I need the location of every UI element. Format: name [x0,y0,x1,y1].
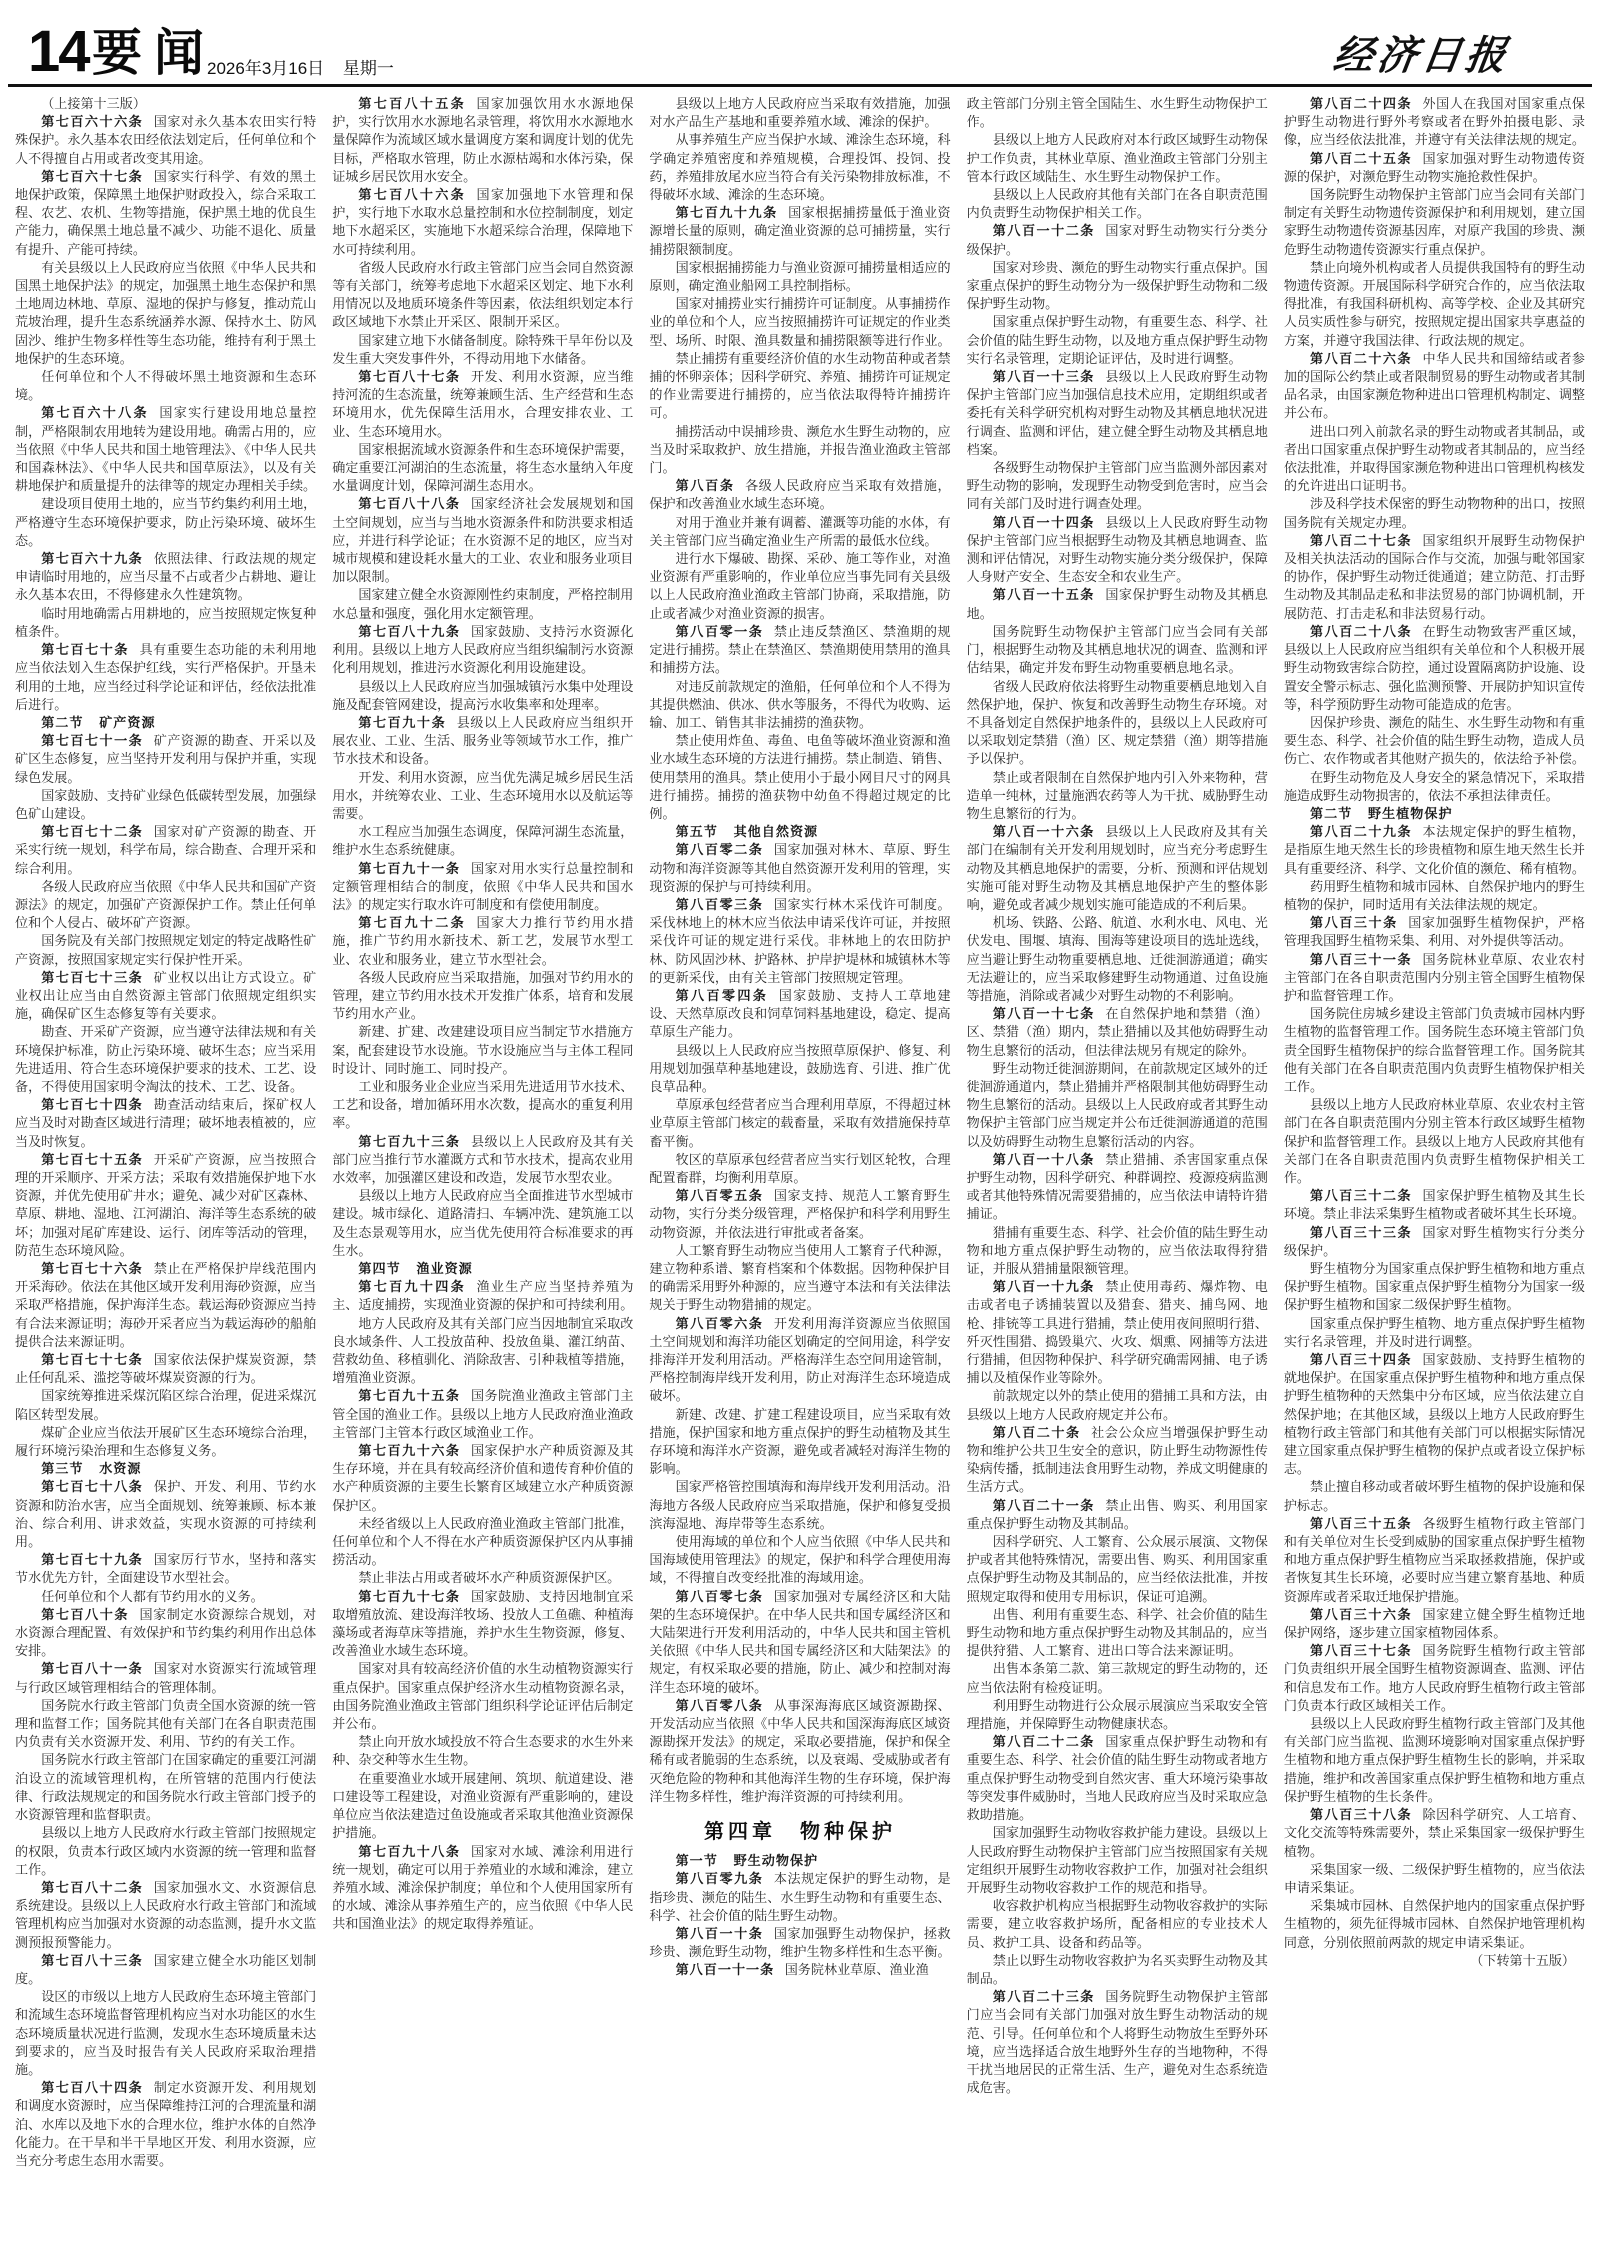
article-number: 第八百零七条 [676,1590,764,1605]
article-text: 国家加强对专属经济区和大陆架的生态环境保护。在中华人民共和国专属经济区和大陆架进… [649,1590,950,1696]
article-number: 第八百三十四条 [1310,1353,1412,1368]
article-paragraph: 第七百八十条国家制定水资源综合规划，对水资源合理配置、有效保护和节约集约利用作出… [15,1607,316,1662]
article-paragraph: 第七百七十八条保护、开发、利用、节约水资源和防治水害，应当全面规划、统筹兼顾、标… [15,1479,316,1552]
article-number: 第七百七十一条 [41,734,143,749]
column-5: 第八百二十四条外国人在我国对国家重点保护野生动物进行野外考察或者在野外拍摄电影、… [1279,96,1590,2256]
article-number: 第八百零六条 [676,1317,764,1332]
section-number: 第三节 [41,1462,83,1477]
body-paragraph: 牧区的草原承包经营者应当实行划区轮牧，合理配置畜群，均衡利用草原。 [649,1152,950,1188]
article-paragraph: 第七百九十九条国家根据捕捞量低于渔业资源增长量的原则，确定渔业资源的总可捕捞量，… [649,205,950,260]
body-paragraph: 国家重点保护野生植物、地方重点保护野生植物实行名录管理，并及时进行调整。 [1284,1316,1585,1352]
body-paragraph: 对用于渔业并兼有调蓄、灌溉等功能的水体，有关主管部门应当确定渔业生产所需的最低水… [649,515,950,551]
page-number: 14 [28,22,89,82]
article-paragraph: 第七百八十六条国家加强地下水管理和保护，实行地下水取水总量控制和水位控制制度，划… [332,187,633,260]
body-paragraph: 利用野生动物进行公众展示展演应当采取安全管理措施，并保障野生动物健康状态。 [967,1698,1268,1734]
body-paragraph: 在重要渔业水域开展建闸、筑坝、航道建设、港口建设等工程建设，对渔业资源有严重影响… [332,1771,633,1844]
article-number: 第七百六十七条 [41,170,143,185]
body-paragraph: 野生动物迁徙洄游期间，在前款规定区域外的迁徙洄游通道内，禁止猎捕并严格限制其他妨… [967,1061,1268,1152]
column-3: 县级以上地方人民政府应当采取有效措施，加强对水产品生产基地和重要养殖水域、滩涂的… [644,96,955,2256]
body-paragraph: 禁止向开放水域投放不符合生态要求的水生外来种、杂交种等水生生物。 [332,1734,633,1770]
article-number: 第七百九十六条 [358,1444,460,1459]
body-paragraph: 国家对具有较高经济价值的水生动植物资源实行重点保护。国家重点保护经济水生动植物资… [332,1661,633,1734]
article-number: 第八百三十八条 [1310,1808,1412,1823]
article-number: 第七百八十三条 [41,1954,143,1969]
body-paragraph: 禁止以野生动物收容救护为名买卖野生动物及其制品。 [967,1953,1268,1989]
body-paragraph: 在野生动物危及人身安全的紧急情况下，采取措施造成野生动物损害的，依法不承担法律责… [1284,770,1585,806]
article-number: 第八百三十二条 [1310,1189,1412,1204]
article-paragraph: 第七百八十三条国家建立健全水功能区划制度。 [15,1953,316,1989]
article-paragraph: 第八百零七条国家加强对专属经济区和大陆架的生态环境保护。在中华人民共和国专属经济… [649,1589,950,1698]
article-paragraph: 第八百二十五条国家加强对野生动物遗传资源的保护，对濒危野生动物实施抢救性保护。 [1284,151,1585,187]
body-paragraph: 县级以上人民政府应当按照草原保护、修复、利用规划加强草种基地建设，鼓励选育、引进… [649,1043,950,1098]
article-text: 国务院野生动物保护主管部门应当会同有关部门加强对放生野生动物活动的规范、引导。任… [967,1990,1268,2096]
article-number: 第八百一十三条 [993,370,1095,385]
body-paragraph: 国务院野生动物保护主管部门应当会同有关部门制定有关野生动物遗传资源保护和利用规划… [1284,187,1585,260]
article-number: 第八百一十九条 [993,1280,1095,1295]
body-paragraph: 采集国家一级、二级保护野生植物的，应当依法申请采集证。 [1284,1862,1585,1898]
article-number: 第七百七十五条 [41,1153,143,1168]
article-number: 第八百二十九条 [1310,825,1412,840]
body-paragraph: 省级人民政府依法将野生动物重要栖息地划入自然保护地，保护、恢复和改善野生动物生存… [967,679,1268,770]
article-paragraph: 第八百三十五条各级野生植物行政主管部门和有关单位对生长受到威胁的国家重点保护野生… [1284,1516,1585,1607]
dateline: 2026年3月16日 星期一 [207,54,408,79]
continued-on-note: （下转第十五版） [1284,1953,1585,1971]
body-paragraph: 禁止捕捞有重要经济价值的水生动物苗种或者禁捕的怀卵亲体；因科学研究、养殖、捕捞许… [649,351,950,424]
article-number: 第七百八十五条 [358,97,466,112]
newspaper-logo: 经济日报 [1330,24,1514,81]
article-paragraph: 第七百七十三条矿业权以出让方式设立。矿业权出让应当由自然资源主管部门依照规定组织… [15,970,316,1025]
body-paragraph: 工业和服务业企业应当采用先进适用节水技术、工艺和设备，增加循环用水次数，提高水的… [332,1079,633,1134]
article-paragraph: 第八百零二条国家加强对林木、草原、野生动物和海洋资源等其他自然资源开发利用的管理… [649,842,950,897]
body-paragraph: 因科学研究、人工繁育、公众展示展演、文物保护或者其他特殊情况，需要出售、购买、利… [967,1534,1268,1607]
article-paragraph: 第七百七十七条国家依法保护煤炭资源，禁止任何乱采、滥挖等破坏煤炭资源的行为。 [15,1352,316,1388]
article-number: 第八百二十七条 [1310,534,1412,549]
article-number: 第七百九十八条 [358,1845,460,1860]
section-title: 野生植物保护 [1368,807,1453,822]
article-number: 第八百零四条 [676,989,769,1004]
article-text: 从事深海海底区域资源勘探、开发活动应当依照《中华人民共和国深海海底区域资源勘探开… [649,1699,950,1805]
body-paragraph: 国家鼓励、支持矿业绿色低碳转型发展，加强绿色矿山建设。 [15,788,316,824]
body-paragraph: 国务院水行政主管部门负责全国水资源的统一管理和监督工作；国务院其他有关部门在各自… [15,1698,316,1753]
article-paragraph: 第八百二十七条国家组织开展野生动物保护及相关执法活动的国际合作与交流，加强与毗邻… [1284,533,1585,624]
column-1: （上接第十三版）第七百六十六条国家对永久基本农田实行特殊保护。永久基本农田经依法… [10,96,321,2256]
article-number: 第八百二十六条 [1310,352,1412,367]
article-paragraph: 第八百二十四条外国人在我国对国家重点保护野生动物进行野外考察或者在野外拍摄电影、… [1284,96,1585,151]
body-paragraph: 禁止使用炸鱼、毒鱼、电鱼等破坏渔业资源和渔业水域生态环境的方法进行捕捞。禁止制造… [649,733,950,824]
body-paragraph: 国家根据流域水资源条件和生态环境保护需要，确定重要江河湖泊的生态流量，将生态水量… [332,442,633,497]
body-paragraph: 进出口列入前款名录的野生动物或者其制品，或者出口国家重点保护野生动物或者其制品的… [1284,424,1585,497]
article-paragraph: 第八百一十四条县级以上人民政府野生动物保护主管部门应当根据野生动物及其栖息地调查… [967,515,1268,588]
body-paragraph: 草原承包经营者应当合理利用草原，不得超过林业草原主管部门核定的载畜量，采取有效措… [649,1097,950,1152]
body-paragraph: 涉及科学技术保密的野生动物物种的出口，按照国务院有关规定办理。 [1284,496,1585,532]
article-paragraph: 第八百一十八条禁止猎捕、杀害国家重点保护野生动物，因科学研究、种群调控、疫源疫病… [967,1152,1268,1225]
article-paragraph: 第八百二十二条国家重点保护野生动物和有重要生态、科学、社会价值的陆生野生动物或者… [967,1734,1268,1825]
body-paragraph: 任何单位和个人都有节约用水的义务。 [15,1589,316,1607]
article-paragraph: 第七百九十二条国家大力推行节约用水措施，推广节约用水新技术、新工艺，发展节水型工… [332,915,633,970]
article-number: 第八百一十二条 [993,224,1095,239]
article-number: 第七百六十八条 [41,406,149,421]
article-paragraph: 第八百零八条从事深海海底区域资源勘探、开发活动应当依照《中华人民共和国深海海底区… [649,1698,950,1807]
article-paragraph: 第八百二十一条禁止出售、购买、利用国家重点保护野生动物及其制品。 [967,1498,1268,1534]
issue-date: 2026年3月16日 [207,59,324,78]
article-text: 国家鼓励、支持野生植物的就地保护。在国家重点保护野生植物种和地方重点保护野生植物… [1284,1353,1585,1477]
article-paragraph: 第七百八十四条制定水资源开发、利用规划和调度水资源时，应当保障维持江河的合理流量… [15,2080,316,2171]
body-paragraph: 国务院及有关部门按照规定划定的特定战略性矿产资源，按照国家规定实行保护性开采。 [15,933,316,969]
body-paragraph: 政主管部门分别主管全国陆生、水生野生动物保护工作。 [967,96,1268,132]
article-paragraph: 第七百六十六条国家对永久基本农田实行特殊保护。永久基本农田经依法划定后，任何单位… [15,114,316,169]
body-paragraph: 新建、改建、扩建工程建设项目，应当采取有效措施，保护国家和地方重点保护的野生动植… [649,1407,950,1480]
article-paragraph: 第七百六十七条国家实行科学、有效的黑土地保护政策，保障黑土地保护财政投入，综合采… [15,169,316,260]
section-title: 渔业资源 [416,1262,472,1277]
article-number: 第八百一十一条 [676,1963,775,1978]
body-paragraph: 未经省级以上人民政府渔业渔政主管部门批准，任何单位和个人不得在水产种质资源保护区… [332,1516,633,1571]
article-paragraph: 第八百一十一条国务院林业草原、渔业渔 [649,1962,950,1980]
body-paragraph: 捕捞活动中误捕珍贵、濒危水生野生动物的，应当及时采取救护、放生措施，并报告渔业渔… [649,424,950,479]
article-number: 第八百三十五条 [1310,1517,1412,1532]
article-number: 第七百七十六条 [41,1262,143,1277]
body-paragraph: 国家对珍贵、濒危的野生动物实行重点保护。国家重点保护的野生动物分为一级保护野生动… [967,260,1268,315]
article-paragraph: 第七百六十八条国家实行建设用地总量控制，严格限制农用地转为建设用地。确需占用的，… [15,405,316,496]
article-number: 第八百零八条 [676,1699,764,1714]
article-number: 第七百九十二条 [358,916,466,931]
section-number: 第一节 [676,1854,718,1869]
body-paragraph: 县级以上人民政府应当加强城镇污水集中处理设施及配套管网建设，提高污水收集率和处理… [332,679,633,715]
section-title: 水资源 [99,1462,141,1477]
article-paragraph: 第八百零一条禁止违反禁渔区、禁渔期的规定进行捕捞。禁止在禁渔区、禁渔期使用禁用的… [649,624,950,679]
article-number: 第七百八十四条 [41,2081,143,2096]
article-paragraph: 第七百九十三条县级以上人民政府及其有关部门应当推行节水灌溉方式和节水技术，提高农… [332,1134,633,1189]
masthead: 14 要闻 2026年3月16日 星期一 经济日报 [0,0,1600,88]
article-number: 第八百二十二条 [993,1735,1095,1750]
article-number: 第七百八十九条 [358,625,460,640]
column-2: 第七百八十五条国家加强饮用水水源地保护，实行饮用水水源地名录管理，将饮用水水源地… [327,96,638,2256]
body-paragraph: 国家严格管控围填海和海岸线开发利用活动。沿海地方各级人民政府应当采取措施，保护和… [649,1479,950,1534]
article-paragraph: 第七百九十八条国家对水域、滩涂利用进行统一规划，确定可以用于养殖业的水域和滩涂，… [332,1844,633,1935]
article-number: 第八百条 [676,479,735,494]
article-paragraph: 第七百九十七条国家鼓励、支持因地制宜采取增殖放流、建设海洋牧场、投放人工鱼礁、种… [332,1589,633,1662]
article-paragraph: 第八百三十三条国家对野生植物实行分类分级保护。 [1284,1225,1585,1261]
body-paragraph: 省级人民政府水行政主管部门应当会同自然资源等有关部门，统筹考虑地下水超采区划定、… [332,260,633,333]
article-columns: （上接第十三版）第七百六十六条国家对永久基本农田实行特殊保护。永久基本农田经依法… [10,96,1590,2256]
article-paragraph: 第七百六十九条依照法律、行政法规的规定申请临时用地的，应当尽量不占或者少占耕地、… [15,551,316,606]
section-heading: 第四节渔业资源 [332,1261,633,1279]
section-heading: 第五节其他自然资源 [649,824,950,842]
section-number: 第五节 [676,825,718,840]
body-paragraph: 县级以上地方人民政府水行政主管部门按照规定的权限，负责本行政区域内水资源的统一管… [15,1825,316,1880]
article-paragraph: 第八百条各级人民政府应当采取有效措施，保护和改善渔业水域生态环境。 [649,478,950,514]
article-number: 第七百八十二条 [41,1881,143,1896]
article-paragraph: 第八百三十条国家加强野生植物保护，严格管理我国野生植物采集、利用、对外提供等活动… [1284,915,1585,951]
article-number: 第八百一十八条 [993,1153,1095,1168]
article-paragraph: 第七百七十一条矿产资源的勘查、开采以及矿区生态修复，应当坚持开发利用与保护并重，… [15,733,316,788]
body-paragraph: 国务院野生动物保护主管部门应当会同有关部门，根据野生动物及其栖息地状况的调查、监… [967,624,1268,679]
article-number: 第七百七十八条 [41,1480,143,1495]
column-4: 政主管部门分别主管全国陆生、水生野生动物保护工作。县级以上地方人民政府对本行政区… [962,96,1273,2256]
article-paragraph: 第七百七十二条国家对矿产资源的勘查、开采实行统一规划，科学布局，综合勘查、合理开… [15,824,316,879]
article-number: 第八百三十六条 [1310,1608,1412,1623]
section-heading: 第三节水资源 [15,1461,316,1479]
article-paragraph: 第八百零四条国家鼓励、支持人工草地建设、天然草原改良和饲草饲料基地建设，稳定、提… [649,988,950,1043]
article-number: 第七百八十六条 [358,188,466,203]
article-number: 第八百二十条 [993,1426,1081,1441]
body-paragraph: 国家加强野生动物收容救护能力建设。县级以上人民政府野生动物保护主管部门应当按照国… [967,1825,1268,1898]
issue-weekday: 星期一 [343,59,394,78]
article-paragraph: 第八百一十三条县级以上人民政府野生动物保护主管部门应当加强信息技术应用，定期组织… [967,369,1268,460]
body-paragraph: 禁止非法占用或者破坏水产种质资源保护区。 [332,1570,633,1588]
section-number: 第二节 [1310,807,1352,822]
article-number: 第七百六十九条 [41,552,143,567]
article-number: 第七百七十四条 [41,1098,143,1113]
article-number: 第八百二十四条 [1310,97,1412,112]
article-paragraph: 第八百零五条国家支持、规范人工繁育野生动物，实行分类分级管理，严格保护和科学利用… [649,1188,950,1243]
article-number: 第七百九十三条 [358,1135,460,1150]
article-paragraph: 第七百九十条县级以上人民政府应当组织开展农业、工业、生活、服务业等领域节水工作，… [332,715,633,770]
article-paragraph: 第八百一十七条在自然保护地和禁猎（渔）区、禁猎（渔）期内，禁止猎捕以及其他妨碍野… [967,1006,1268,1061]
article-number: 第八百二十一条 [993,1499,1095,1514]
body-paragraph: 有关县级以上人民政府应当依照《中华人民共和国黑土地保护法》的规定，加强黑土地生态… [15,260,316,369]
article-paragraph: 第八百三十二条国家保护野生植物及其生长环境。禁止非法采集野生植物或者破坏其生长环… [1284,1188,1585,1224]
article-number: 第八百一十条 [676,1927,764,1942]
article-paragraph: 第八百一十六条县级以上人民政府及其有关部门在编制有关开发利用规划时，应当充分考虑… [967,824,1268,915]
article-paragraph: 第八百二十八条在野生动物致害严重区域，县级以上人民政府应当组织有关单位和个人积极… [1284,624,1585,715]
article-paragraph: 第七百七十九条国家厉行节水，坚持和落实节水优先方针，全面建设节水型社会。 [15,1552,316,1588]
section-heading: 第二节野生植物保护 [1284,806,1585,824]
body-paragraph: 前款规定以外的禁止使用的猎捕工具和方法，由县级以上地方人民政府规定并公布。 [967,1388,1268,1424]
header-rule [8,84,1592,87]
body-paragraph: 禁止擅自移动或者破坏野生植物的保护设施和保护标志。 [1284,1479,1585,1515]
body-paragraph: 野生植物分为国家重点保护野生植物和地方重点保护野生植物。国家重点保护野生植物分为… [1284,1261,1585,1316]
article-number: 第八百零二条 [676,843,764,858]
article-paragraph: 第七百九十四条渔业生产应当坚持养殖为主、适度捕捞，实现渔业资源的保护和可持续利用… [332,1279,633,1315]
article-number: 第八百零五条 [676,1189,764,1204]
body-paragraph: 各级人民政府应当依照《中华人民共和国矿产资源法》的规定，加强矿产资源保护工作。禁… [15,879,316,934]
body-paragraph: 县级以上地方人民政府林业草原、农业农村主管部门在各自职责范围内分别主管本行政区域… [1284,1097,1585,1188]
section-title: 野生动物保护 [734,1854,819,1869]
body-paragraph: 地方人民政府及其有关部门应当因地制宜采取改良水域条件、人工投放苗种、投放鱼巢、灌… [332,1316,633,1389]
section-number: 第二节 [41,716,83,731]
body-paragraph: 国家建立健全水资源刚性约束制度，严格控制用水总量和强度，强化用水定额管理。 [332,587,633,623]
article-paragraph: 第八百二十三条国务院野生动物保护主管部门应当会同有关部门加强对放生野生动物活动的… [967,1989,1268,2098]
body-paragraph: 勘查、开采矿产资源，应当遵守法律法规和有关环境保护标准，防止污染环境、破坏生态；… [15,1024,316,1097]
body-paragraph: 出售、利用有重要生态、科学、社会价值的陆生野生动物和地方重点保护野生动物及其制品… [967,1607,1268,1662]
article-paragraph: 第七百八十八条国家经济社会发展规划和国土空间规划，应当与当地水资源条件和防洪要求… [332,496,633,587]
article-number: 第八百一十七条 [993,1007,1095,1022]
article-number: 第八百一十四条 [993,516,1095,531]
article-paragraph: 第七百八十二条国家加强水文、水资源信息系统建设。县级以上人民政府水行政主管部门和… [15,1880,316,1953]
body-paragraph: 国家统筹推进采煤沉陷区综合治理，促进采煤沉陷区转型发展。 [15,1388,316,1424]
article-number: 第八百零一条 [676,625,764,640]
article-number: 第七百七十二条 [41,825,143,840]
article-paragraph: 第七百七十条具有重要生态功能的未利用地应当依法划入生态保护红线，实行严格保护。开… [15,642,316,715]
body-paragraph: 国家根据捕捞能力与渔业资源可捕捞量相适应的原则，确定渔业船网工具控制指标。 [649,260,950,296]
section-name: 要闻 [92,24,216,82]
body-paragraph: 新建、扩建、改建建设项目应当制定节水措施方案，配套建设节水设施。节水设施应当与主… [332,1024,633,1079]
article-text: 开采矿产资源，应当按照合理的开采顺序、开采方法；采取有效措施保护地下水资源，并优… [15,1153,316,1259]
article-number: 第八百三十七条 [1310,1644,1412,1659]
article-paragraph: 第八百三十八条除因科学研究、人工培育、文化交流等特殊需要外，禁止采集国家一级保护… [1284,1807,1585,1862]
body-paragraph: 县级以上人民政府野生植物行政主管部门及其他有关部门应当监视、监测环境影响对国家重… [1284,1716,1585,1807]
article-number: 第七百六十六条 [41,115,143,130]
article-number: 第七百九十五条 [358,1389,460,1404]
article-number: 第八百二十五条 [1310,152,1412,167]
article-number: 第七百八十一条 [41,1662,143,1677]
article-paragraph: 第八百三十一条国务院林业草原、农业农村主管部门在各自职责范围内分别主管全国野生植… [1284,952,1585,1007]
body-paragraph: 禁止或者限制在自然保护地内引入外来物种，营造单一纯林，过量施洒农药等人为干扰、威… [967,770,1268,825]
article-paragraph: 第八百三十六条国家建立健全野生植物迁地保护网络，逐步建立国家植物园体系。 [1284,1607,1585,1643]
body-paragraph: 国务院水行政主管部门在国家确定的重要江河湖泊设立的流域管理机构，在所管辖的范围内… [15,1752,316,1825]
body-paragraph: 因保护珍贵、濒危的陆生、水生野生动物和有重要生态、科学、社会价值的陆生野生动物，… [1284,715,1585,770]
article-paragraph: 第七百九十一条国家对用水实行总量控制和定额管理相结合的制度，依照《中华人民共和国… [332,861,633,916]
body-paragraph: 县级以上地方人民政府对本行政区域野生动物保护工作负责，其林业草原、渔业渔政主管部… [967,132,1268,187]
article-paragraph: 第八百三十七条国务院野生植物行政主管部门负责组织开展全国野生植物资源调查、监测、… [1284,1643,1585,1716]
article-paragraph: 第八百一十九条禁止使用毒药、爆炸物、电击或者电子诱捕装置以及猎套、猎夹、捕鸟网、… [967,1279,1268,1388]
body-paragraph: 各级野生动物保护主管部门应当监测外部因素对野生动物的影响，发现野生动物受到危害时… [967,460,1268,515]
article-number: 第七百七十三条 [41,971,143,986]
body-paragraph: 药用野生植物和城市园林、自然保护地内的野生植物的保护，同时适用有关法律法规的规定… [1284,879,1585,915]
body-paragraph: 采集城市园林、自然保护地内的国家重点保护野生植物的，须先征得城市园林、自然保护地… [1284,1898,1585,1953]
article-paragraph: 第七百九十五条国务院渔业渔政主管部门主管全国的渔业工作。县级以上地方人民政府渔业… [332,1388,633,1443]
section-number: 第四节 [358,1262,400,1277]
section-heading: 第一节野生动物保护 [649,1853,950,1871]
body-paragraph: 猎捕有重要生态、科学、社会价值的陆生野生动物和地方重点保护野生动物的，应当依法取… [967,1225,1268,1280]
article-number: 第七百九十九条 [676,206,778,221]
body-paragraph: 建设项目使用土地的，应当节约集约利用土地，严格遵守生态环境保护要求，防止污染环境… [15,496,316,551]
article-paragraph: 第七百七十五条开采矿产资源，应当按照合理的开采顺序、开采方法；采取有效措施保护地… [15,1152,316,1261]
article-paragraph: 第八百零九条本法规定保护的野生动物，是指珍贵、濒危的陆生、水生野生动物和有重要生… [649,1871,950,1926]
article-number: 第七百九十四条 [358,1280,466,1295]
article-paragraph: 第八百一十五条国家保护野生动物及其栖息地。 [967,587,1268,623]
article-text: 国务院林业草原、渔业渔 [785,1963,929,1978]
article-number: 第七百九十七条 [358,1590,460,1605]
body-paragraph: 人工繁育野生动物应当使用人工繁育子代种源，建立物种系谱、繁育档案和个体数据。因物… [649,1243,950,1316]
body-paragraph: 国家对捕捞业实行捕捞许可证制度。从事捕捞作业的单位和个人，应当按照捕捞许可证规定… [649,296,950,351]
body-paragraph: 禁止向境外机构或者人员提供我国特有的野生动物遗传资源。开展国际科学研究合作的，应… [1284,260,1585,351]
body-paragraph: 煤矿企业应当依法开展矿区生态环境综合治理，履行环境污染治理和生态修复义务。 [15,1425,316,1461]
article-number: 第七百七十七条 [41,1353,143,1368]
article-paragraph: 第七百八十七条开发、利用水资源，应当维持河流的生态流量，统筹兼顾生活、生产经营和… [332,369,633,442]
body-paragraph: 机场、铁路、公路、航道、水利水电、风电、光伏发电、围堰、填海、围海等建设项目的选… [967,915,1268,1006]
body-paragraph: 国家重点保护野生动物，有重要生态、科学、社会价值的陆生野生动物，以及地方重点保护… [967,314,1268,369]
article-paragraph: 第七百七十四条勘查活动结束后，探矿权人应当及时对勘查区域进行清理；破坏地表植被的… [15,1097,316,1152]
body-paragraph: 国家建立地下水储备制度。除特殊干旱年份以及发生重大突发事件外，不得动用地下水储备… [332,333,633,369]
article-paragraph: 第七百八十一条国家对水资源实行流域管理与行政区域管理相结合的管理体制。 [15,1661,316,1697]
body-paragraph: 临时用地确需占用耕地的，应当按照规定恢复种植条件。 [15,606,316,642]
article-paragraph: 第八百二十条社会公众应当增强保护野生动物和维护公共卫生安全的意识，防止野生动物源… [967,1425,1268,1498]
article-paragraph: 第八百二十九条本法规定保护的野生植物，是指原生地天然生长的珍贵植物和原生地天然生… [1284,824,1585,879]
article-paragraph: 第七百七十六条禁止在严格保护岸线范围内开采海砂。依法在其他区域开发利用海砂资源，… [15,1261,316,1352]
body-paragraph: 收容救护机构应当根据野生动物收容救护的实际需要，建立收容救护场所，配备相应的专业… [967,1898,1268,1953]
article-paragraph: 第八百一十二条国家对野生动物实行分类分级保护。 [967,223,1268,259]
article-number: 第七百八十八条 [358,497,460,512]
body-paragraph: 使用海域的单位和个人应当依照《中华人民共和国海域使用管理法》的规定，保护和科学合… [649,1534,950,1589]
body-paragraph: 县级以上地方人民政府应当全面推进节水型城市建设。城市绿化、道路清扫、车辆冲洗、建… [332,1188,633,1261]
article-paragraph: 第八百零三条国家实行林木采伐许可制度。采伐林地上的林木应当依法申请采伐许可证，并… [649,897,950,988]
article-text: 禁止使用毒药、爆炸物、电击或者电子诱捕装置以及猎套、猎夹、捕鸟网、地枪、排铳等工… [967,1280,1268,1386]
article-number: 第七百八十条 [41,1608,129,1623]
body-paragraph: 水工程应当加强生态调度，保障河湖生态流量，维护水生态系统健康。 [332,824,633,860]
article-number: 第八百三十条 [1310,916,1398,931]
body-paragraph: 县级以上地方人民政府应当采取有效措施，加强对水产品生产基地和重要养殖水域、滩涂的… [649,96,950,132]
body-paragraph: 开发、利用水资源，应当优先满足城乡居民生活用水，并统筹农业、工业、生态环境用水以… [332,770,633,825]
article-number: 第七百七十九条 [41,1553,143,1568]
body-paragraph: 进行水下爆破、勘探、采砂、施工等作业，对渔业资源有严重影响的，作业单位应当事先同… [649,551,950,624]
article-paragraph: 第七百九十六条国家保护水产种质资源及其生存环境，并在具有较高经济价值和遗传育种价… [332,1443,633,1516]
body-paragraph: 各级人民政府应当采取措施，加强对节约用水的管理，建立节约用水技术开发推广体系，培… [332,970,633,1025]
section-title: 其他自然资源 [734,825,819,840]
article-number: 第八百二十三条 [993,1990,1095,2005]
article-number: 第七百九十条 [358,716,446,731]
article-number: 第八百零三条 [676,898,764,913]
article-number: 第七百七十条 [41,643,129,658]
section-heading: 第二节矿产资源 [15,715,316,733]
article-number: 第七百九十一条 [358,862,460,877]
article-number: 第八百零九条 [676,1872,764,1887]
article-paragraph: 第八百零六条开发利用海洋资源应当依照国土空间规划和海洋功能区划确定的空间用途，科… [649,1316,950,1407]
body-paragraph: 设区的市级以上地方人民政府生态环境主管部门和流域生态环境监督管理机构应当对水功能… [15,1989,316,2080]
chapter-heading: 第四章 物种保护 [649,1817,950,1845]
body-paragraph: 县级以上人民政府其他有关部门在各自职责范围内负责野生动物保护相关工作。 [967,187,1268,223]
article-paragraph: 第七百八十九条国家鼓励、支持污水资源化利用。县级以上地方人民政府应当组织编制污水… [332,624,633,679]
article-paragraph: 第七百八十五条国家加强饮用水水源地保护，实行饮用水水源地名录管理，将饮用水水源地… [332,96,633,187]
article-number: 第八百三十三条 [1310,1226,1412,1241]
body-paragraph: 国务院住房城乡建设主管部门负责城市园林内野生植物的监督管理工作。国务院生态环境主… [1284,1006,1585,1097]
article-paragraph: 第八百一十条国家加强野生动物保护，拯救珍贵、濒危野生动物，维护生物多样性和生态平… [649,1926,950,1962]
section-title: 矿产资源 [99,716,155,731]
article-paragraph: 第八百三十四条国家鼓励、支持野生植物的就地保护。在国家重点保护野生植物种和地方重… [1284,1352,1585,1479]
article-number: 第八百三十一条 [1310,953,1412,968]
article-paragraph: 第八百二十六条中华人民共和国缔结或者参加的国际公约禁止或者限制贸易的野生动物或者… [1284,351,1585,424]
continued-from-note: （上接第十三版） [15,96,316,114]
body-paragraph: 任何单位和个人不得破坏黑土地资源和生态环境。 [15,369,316,405]
article-number: 第七百八十七条 [358,370,460,385]
article-number: 第八百一十五条 [993,588,1095,603]
body-paragraph: 对违反前款规定的渔船，任何单位和个人不得为其提供燃油、供冰、供水等服务，不得代为… [649,679,950,734]
article-number: 第八百一十六条 [993,825,1095,840]
body-paragraph: 从事养殖生产应当保护水域、滩涂生态环境，科学确定养殖密度和养殖规模，合理投饵、投… [649,132,950,205]
body-paragraph: 出售本条第二款、第三款规定的野生动物的，还应当依法附有检疫证明。 [967,1661,1268,1697]
article-number: 第八百二十八条 [1310,625,1412,640]
